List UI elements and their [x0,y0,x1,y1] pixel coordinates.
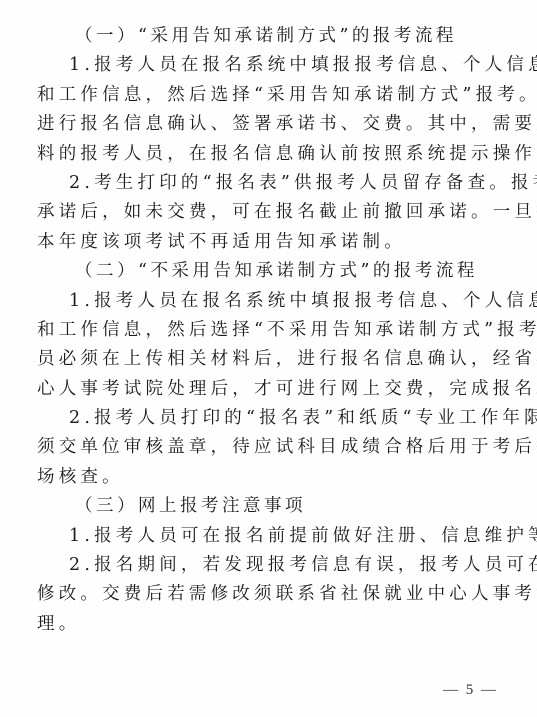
paragraph-line: 2.考生打印的“报名表”供报考人员留存备查。报考人员作出 [37,169,493,198]
paragraph-line: 须交单位审核盖章，待应试科目成绩合格后用于考后报考资格现 [37,433,493,462]
document-page: （一）“采用告知承诺制方式”的报考流程 1.报考人员在报名系统中填报报考信息、个… [37,22,493,639]
paragraph-line: 本年度该项考试不再适用告知承诺制。 [37,228,493,257]
paragraph-line: 1.报考人员在报名系统中填报报考信息、个人信息、教育信息 [37,287,493,316]
paragraph-line: 1.报考人员在报名系统中填报报考信息、个人信息、教育信息 [37,51,493,80]
paragraph-line: 场核查。 [37,463,493,492]
paragraph-line: 和工作信息，然后选择“不采用告知承诺制方式”报考。报考人 [37,316,493,345]
paragraph-line: 进行报名信息确认、签署承诺书、交费。其中，需要上传相关材 [37,110,493,139]
paragraph-line: 2.报考人员打印的“报名表”和纸质“专业工作年限证明”均 [37,404,493,433]
paragraph-line: 员必须在上传相关材料后，进行报名信息确认，经省社保就业中 [37,345,493,374]
paragraph-line: 和工作信息，然后选择“采用告知承诺制方式”报考。随后依次 [37,81,493,110]
paragraph-line: 承诺后，如未交费，可在报名截止前撤回承诺。一旦撤回承诺， [37,198,493,227]
paragraph-line: 心人事考试院处理后，才可进行网上交费，完成报名。 [37,375,493,404]
paragraph-line: 理。 [37,610,493,639]
section-heading-2: （二）“不采用告知承诺制方式”的报考流程 [37,257,493,286]
paragraph-line: 1.报考人员可在报名前提前做好注册、信息维护等事宜。 [37,522,493,551]
paragraph-line: 修改。交费后若需修改须联系省社保就业中心人事考试院进行处 [37,580,493,609]
section-heading-3: （三）网上报考注意事项 [37,492,493,521]
page-number: — 5 — [443,682,498,699]
paragraph-line: 2.报名期间，若发现报考信息有误，报考人员可在交费前进行 [37,551,493,580]
paragraph-line: 料的报考人员，在报名信息确认前按照系统提示操作即可。 [37,140,493,169]
section-heading-1: （一）“采用告知承诺制方式”的报考流程 [37,22,493,51]
